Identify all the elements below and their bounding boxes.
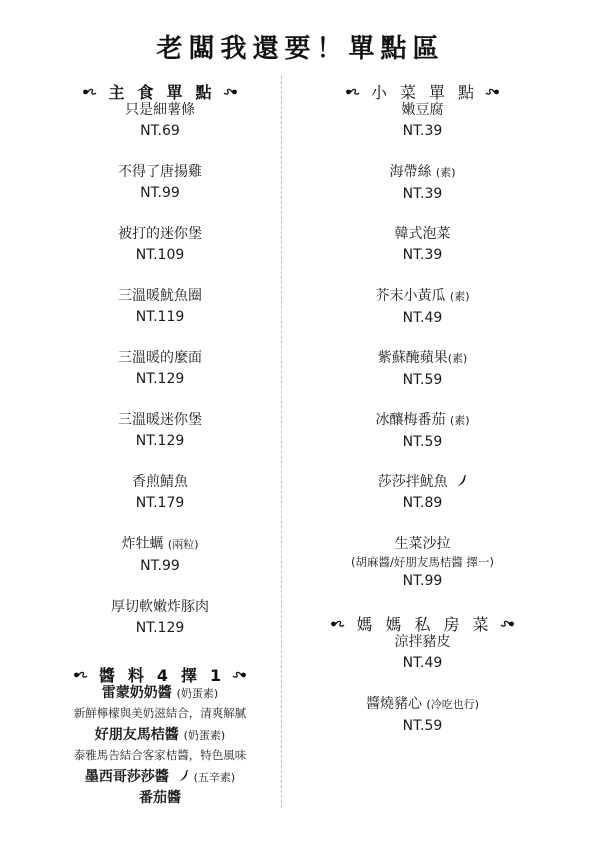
item-price: NT.39 [300, 246, 545, 264]
item-price: NT.109 [40, 246, 280, 264]
item-price: NT.99 [40, 557, 280, 575]
item-price: NT.129 [40, 619, 280, 637]
item-price: NT.99 [40, 184, 280, 202]
item-name: 三溫暖的麼面 [40, 349, 280, 367]
sauce-description: 泰雅馬告結合客家桔醬，特色風味 [40, 747, 280, 763]
menu-item: 香煎鯖魚 NT.179 [40, 473, 280, 512]
item-name: 厚切軟嫩炸豚肉 [40, 598, 280, 616]
section-heading-mom: 媽媽私房菜 [300, 612, 545, 635]
item-price: NT.129 [40, 432, 280, 450]
sauce-name-row: 雷蒙奶奶醬 (奶蛋素) [40, 684, 280, 703]
item-name: 海帶絲 [389, 164, 431, 180]
chili-pepper-icon [177, 769, 189, 781]
menu-item: 涼拌豬皮 NT.49 [300, 633, 545, 672]
item-name: 三溫暖魷魚圈 [40, 287, 280, 305]
menu-item: 生菜沙拉 (胡麻醬/好朋友馬桔醬 擇一) NT.99 [300, 535, 545, 590]
menu-item: 海帶絲 (素) NT.39 [300, 163, 545, 203]
item-name: 生菜沙拉 [300, 535, 545, 553]
item-name-row: 冰釀梅番茄 (素) [300, 411, 545, 430]
item-note: (素) [448, 352, 468, 365]
sauce-item: 雷蒙奶奶醬 (奶蛋素) 新鮮檸檬與美奶滋結合，清爽解膩 [40, 684, 280, 721]
item-price: NT.179 [40, 494, 280, 512]
item-name-row: 炸牡蠣 (兩粒) [40, 535, 280, 554]
item-name: 紫蘇醃蘋果 [378, 350, 448, 366]
item-name: 被打的迷你堡 [40, 225, 280, 243]
section-heading-label: 主食單點 [98, 80, 234, 103]
item-name: 莎莎拌魷魚 [378, 474, 448, 490]
column-divider [281, 76, 282, 808]
item-note: (兩粒) [168, 538, 199, 551]
item-price: NT.49 [300, 309, 545, 327]
item-price: NT.119 [40, 308, 280, 326]
sauce-name-row: 好朋友馬桔醬 (奶蛋素) [40, 726, 280, 745]
menu-item: 嫩豆腐 NT.39 [300, 101, 545, 140]
item-subtitle: (胡麻醬/好朋友馬桔醬 擇一) [300, 554, 545, 570]
menu-item: 三溫暖迷你堡 NT.129 [40, 411, 280, 450]
section-heading-label: 醬料4擇1 [89, 663, 244, 686]
swirl-ornament-right-icon [484, 87, 500, 97]
item-name: 醬燒豬心 [366, 696, 422, 712]
menu-item: 不得了唐揚雞 NT.99 [40, 163, 280, 202]
menu-item: 冰釀梅番茄 (素) NT.59 [300, 411, 545, 451]
item-name: 炸牡蠣 [121, 536, 163, 552]
item-name-row: 紫蘇醃蘋果(素) [300, 349, 545, 368]
swirl-ornament-left-icon [345, 87, 361, 97]
item-price: NT.59 [300, 371, 545, 389]
item-note: (素) [450, 414, 470, 427]
item-note: (冷吃也行) [426, 698, 479, 711]
section-heading-side: 小菜單點 [300, 80, 545, 103]
item-price: NT.39 [300, 122, 545, 140]
menu-item: 莎莎拌魷魚 NT.89 [300, 473, 545, 512]
sauce-note: (奶蛋素) [177, 687, 219, 700]
menu-item: 紫蘇醃蘋果(素) NT.59 [300, 349, 545, 389]
item-name-row: 芥末小黃瓜 (素) [300, 287, 545, 306]
item-note: (素) [436, 166, 456, 179]
sauce-note: (奶蛋素) [184, 729, 226, 742]
item-note: (素) [450, 290, 470, 303]
sauce-item: 番茄醬 [40, 789, 280, 807]
section-heading-sauce: 醬料4擇1 [40, 663, 280, 686]
page-title: 老闆我還要！單點區 [0, 28, 601, 65]
item-name-row: 莎莎拌魷魚 [300, 473, 545, 491]
menu-item: 被打的迷你堡 NT.109 [40, 225, 280, 264]
section-heading-main: 主食單點 [40, 80, 280, 103]
sauce-name: 好朋友馬桔醬 [95, 727, 179, 743]
menu-item: 芥末小黃瓜 (素) NT.49 [300, 287, 545, 327]
item-price: NT.49 [300, 654, 545, 672]
menu-item: 韓式泡菜 NT.39 [300, 225, 545, 264]
sauce-item: 墨西哥莎莎醬 (五辛素) [40, 768, 280, 787]
chili-pepper-icon [455, 474, 467, 486]
item-name-row: 海帶絲 (素) [300, 163, 545, 182]
swirl-ornament-right-icon [499, 619, 515, 629]
item-price: NT.59 [300, 433, 545, 451]
section-heading-label: 媽媽私房菜 [346, 612, 511, 635]
swirl-ornament-left-icon [330, 619, 346, 629]
menu-item: 三溫暖魷魚圈 NT.119 [40, 287, 280, 326]
sauce-item: 好朋友馬桔醬 (奶蛋素) 泰雅馬告結合客家桔醬，特色風味 [40, 726, 280, 763]
menu-item: 厚切軟嫩炸豚肉 NT.129 [40, 598, 280, 637]
menu-item: 只是細薯條 NT.69 [40, 101, 280, 140]
sauce-name: 番茄醬 [40, 789, 280, 807]
swirl-ornament-left-icon [73, 670, 89, 680]
item-price: NT.129 [40, 370, 280, 388]
swirl-ornament-left-icon [82, 87, 98, 97]
sauce-description: 新鮮檸檬與美奶滋結合，清爽解膩 [40, 705, 280, 721]
item-name: 不得了唐揚雞 [40, 163, 280, 181]
section-heading-label: 小菜單點 [361, 80, 497, 103]
item-name: 只是細薯條 [40, 101, 280, 119]
item-price: NT.69 [40, 122, 280, 140]
item-price: NT.99 [300, 572, 545, 590]
menu-item: 三溫暖的麼面 NT.129 [40, 349, 280, 388]
item-name: 嫩豆腐 [300, 101, 545, 119]
item-name: 涼拌豬皮 [300, 633, 545, 651]
item-price: NT.89 [300, 494, 545, 512]
item-name: 芥末小黃瓜 [375, 288, 445, 304]
sauce-name: 墨西哥莎莎醬 [85, 769, 169, 785]
item-name: 冰釀梅番茄 [375, 412, 445, 428]
sauce-name-row: 墨西哥莎莎醬 (五辛素) [40, 768, 280, 787]
item-name: 韓式泡菜 [300, 225, 545, 243]
sauce-note: (五辛素) [194, 771, 236, 784]
sauce-name: 雷蒙奶奶醬 [102, 685, 172, 701]
menu-item: 醬燒豬心 (冷吃也行) NT.59 [300, 695, 545, 735]
item-price: NT.59 [300, 717, 545, 735]
item-name: 香煎鯖魚 [40, 473, 280, 491]
item-price: NT.39 [300, 185, 545, 203]
menu-item: 炸牡蠣 (兩粒) NT.99 [40, 535, 280, 575]
item-name-row: 醬燒豬心 (冷吃也行) [300, 695, 545, 714]
item-name: 三溫暖迷你堡 [40, 411, 280, 429]
swirl-ornament-right-icon [222, 87, 238, 97]
swirl-ornament-right-icon [231, 670, 247, 680]
